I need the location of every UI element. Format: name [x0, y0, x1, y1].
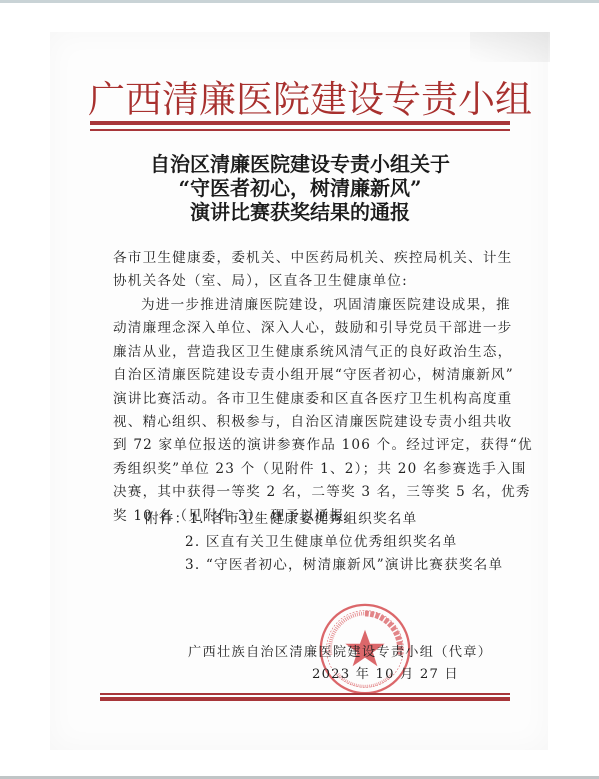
- attachments-list: 附件：1. 各市卫生健康委优秀组织奖名单 2. 区直有关卫生健康单位优秀组织奖名…: [145, 508, 503, 577]
- footer-rule-thin: [100, 693, 510, 695]
- salutation-line: 各市卫生健康委，委机关、中医药局机关、疾控局机关、计生: [113, 247, 513, 270]
- body-line: 动清廉理念深入单位、深入人心，鼓励和引导党员干部进一步: [113, 317, 513, 340]
- title-line: 自治区清廉医院建设专责小组关于: [100, 152, 500, 176]
- attachment-item: 3. “守医者初心，树清廉新风”演讲比赛获奖名单: [145, 554, 503, 577]
- body-line: 到 72 家单位报送的演讲参赛作品 106 个。经过评定，获得“优: [113, 434, 513, 457]
- attachment-item: 附件：1. 各市卫生健康委优秀组织奖名单: [145, 508, 503, 531]
- masthead-rule-thin: [90, 129, 510, 131]
- attachment-item: 2. 区直有关卫生健康单位优秀组织奖名单: [145, 531, 503, 554]
- body-line: 自治区清廉医院建设专责小组开展“守医者初心，树清廉新风”: [113, 364, 513, 387]
- document-title: 自治区清廉医院建设专责小组关于 “守医者初心，树清廉新风” 演讲比赛获奖结果的通…: [100, 152, 500, 224]
- title-line: “守医者初心，树清廉新风”: [100, 176, 500, 200]
- viewer-top-border: [0, 0, 599, 3]
- body-line: 为进一步推进清廉医院建设，巩固清廉医院建设成果，推: [113, 294, 513, 317]
- salutation: 各市卫生健康委，委机关、中医药局机关、疾控局机关、计生 协机关各处（室、局），区…: [113, 247, 513, 294]
- body-line: 廉洁从业，营造我区卫生健康系统风清气正的良好政治生态，: [113, 341, 513, 364]
- attachments-label: 附件：: [145, 511, 189, 527]
- signature-line: 广西壮族自治区清廉医院建设专责小组（代章）: [188, 641, 492, 660]
- body-line: 秀组织奖”单位 23 个（见附件 1、2）；共 20 名参赛选手入围: [113, 458, 513, 481]
- salutation-line: 协机关各处（室、局），区直各卫生健康单位:: [113, 270, 513, 293]
- title-line: 演讲比赛获奖结果的通报: [100, 200, 500, 224]
- footer-rule-thick: [100, 697, 510, 701]
- document-masthead: 广西清廉医院建设专责小组: [88, 78, 512, 122]
- body-line: 演讲比赛活动。各市卫生健康委和区直各医疗卫生机构高度重: [113, 388, 513, 411]
- page-shadow: [470, 32, 550, 62]
- issue-date: 2023 年 10 月 27 日: [312, 663, 459, 682]
- masthead-rule-thick: [90, 121, 510, 125]
- body-line: 视、精心组织、积极参与，自治区清廉医院建设专责小组共收: [113, 411, 513, 434]
- body-line: 决赛，其中获得一等奖 2 名，二等奖 3 名，三等奖 5 名，优秀: [113, 481, 513, 504]
- body-paragraph: 为进一步推进清廉医院建设，巩固清廉医院建设成果，推 动清廉理念深入单位、深入人心…: [113, 294, 513, 528]
